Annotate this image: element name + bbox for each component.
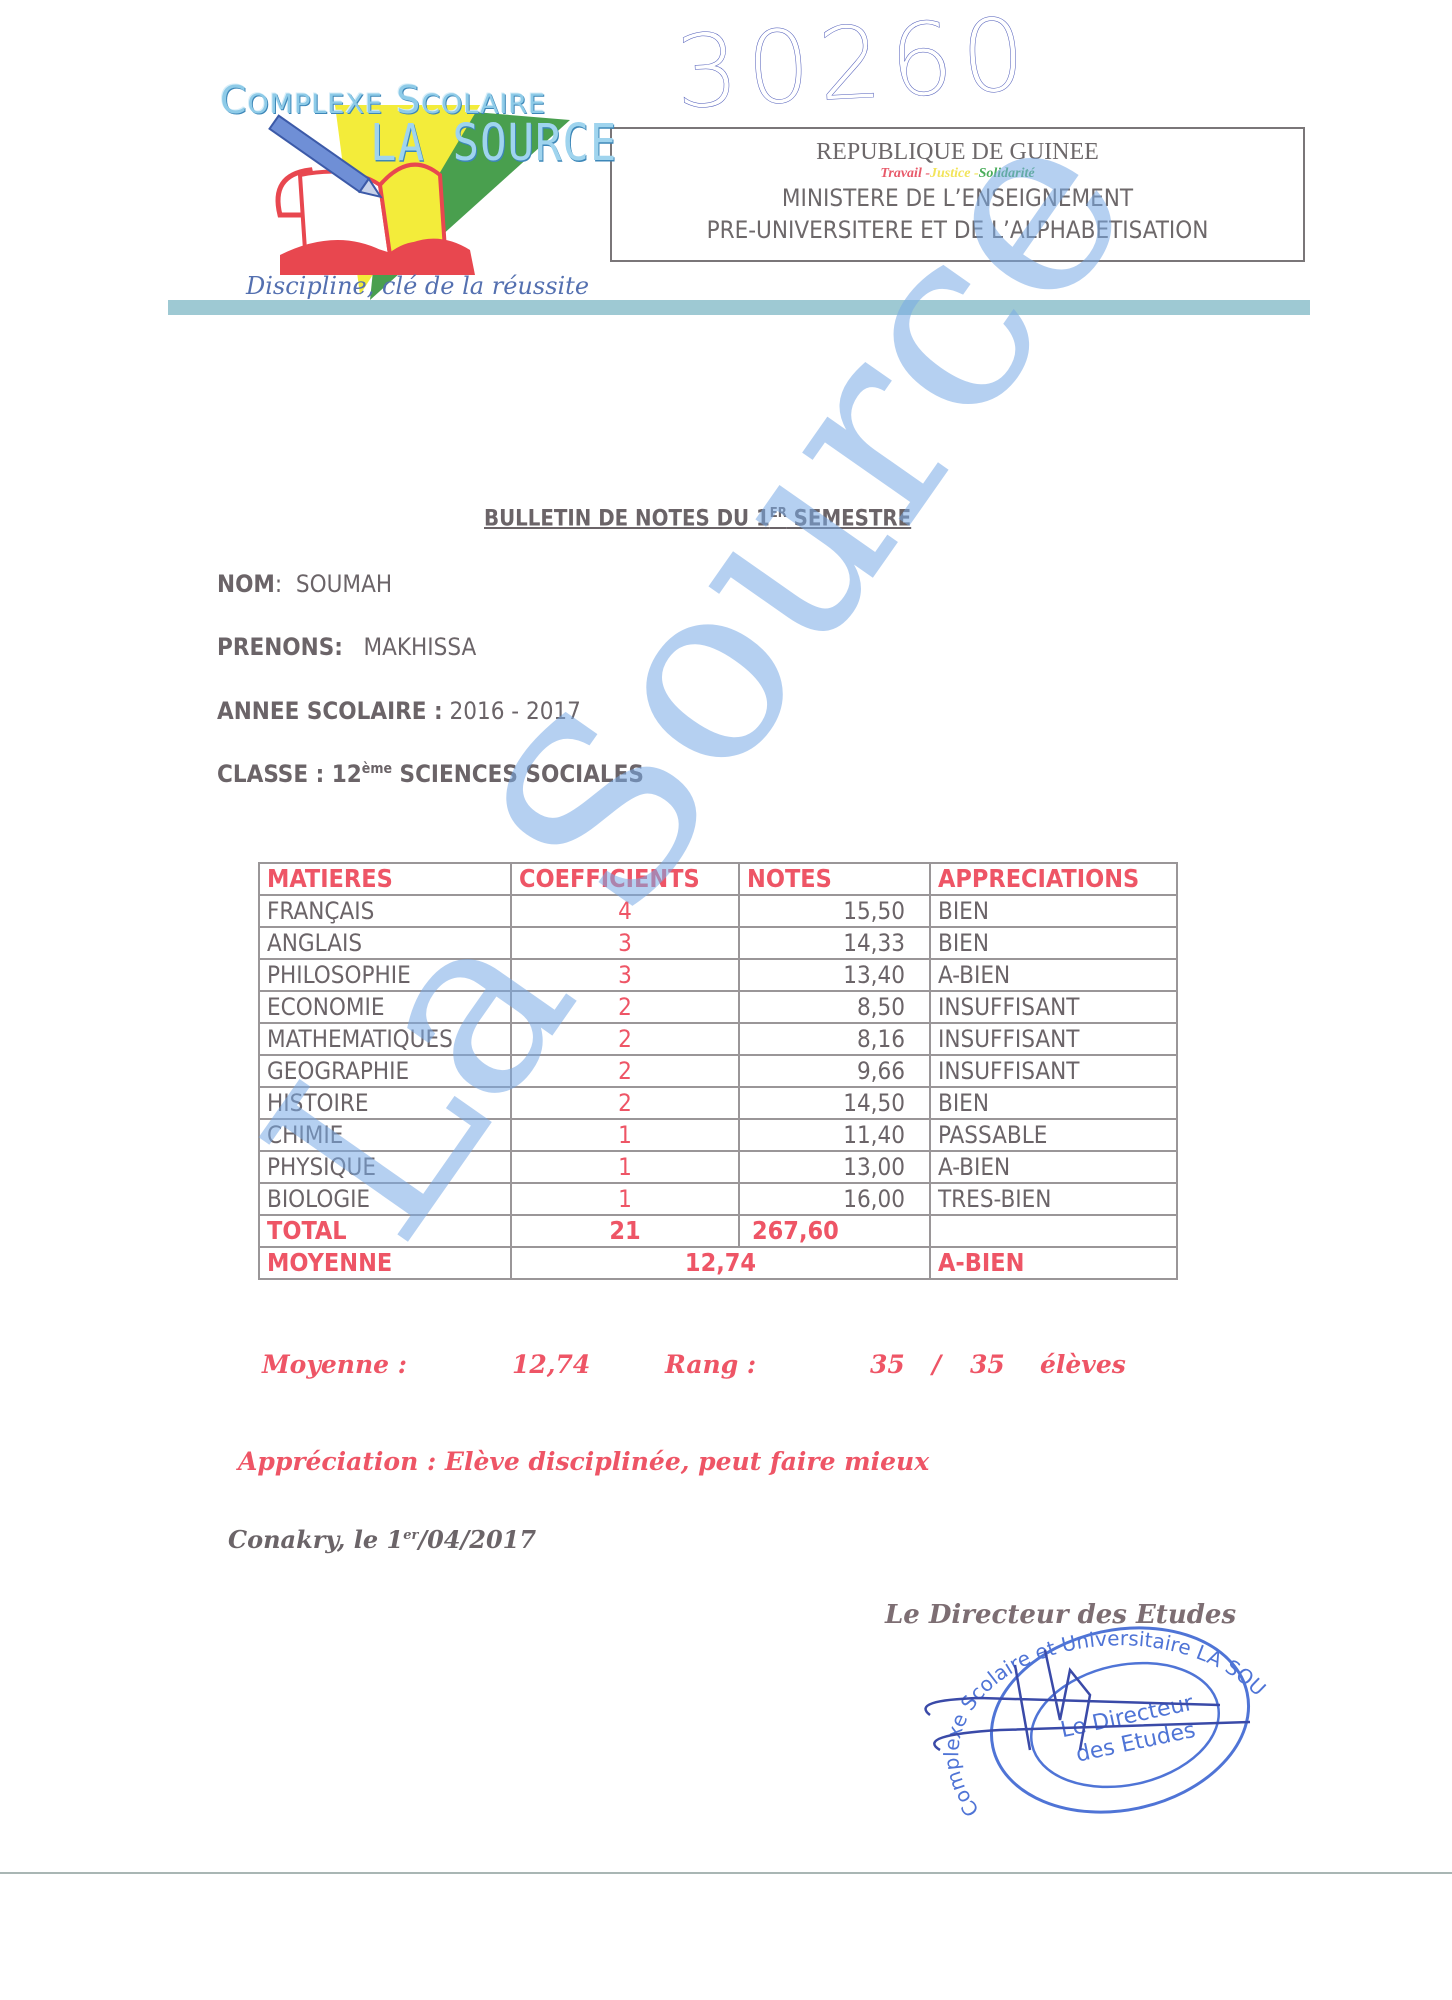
cell-appreciation: INSUFFISANT — [930, 1023, 1177, 1055]
page-bottom-rule — [0, 1872, 1452, 1874]
cell-matiere: MATHEMATIQUES — [259, 1023, 511, 1055]
official-stamp-icon: Complexe Scolaire et Universitaire LA SO… — [920, 1610, 1280, 1830]
table-row: CHIMIE111,40PASSABLE — [259, 1119, 1177, 1151]
date-line: Conakry, le 1er/04/2017 — [228, 1525, 536, 1554]
classe-sup: ème — [362, 761, 392, 777]
student-classe: CLASSE : 12ème SCIENCES SOCIALES — [217, 760, 644, 788]
summary-rang-label: Rang : — [665, 1350, 756, 1379]
cell-note: 13,40 — [739, 959, 930, 991]
cell-matiere: ECONOMIE — [259, 991, 511, 1023]
cell-coefficient: 1 — [511, 1183, 739, 1215]
national-motto: Travail -Justice -Solidarité — [612, 166, 1303, 182]
cell-appreciation: TRES-BIEN — [930, 1183, 1177, 1215]
summary-rang-unit: élèves — [1040, 1350, 1126, 1379]
nom-value: SOUMAH — [296, 570, 392, 598]
cell-appreciation: INSUFFISANT — [930, 1055, 1177, 1087]
prenoms-value: MAKHISSA — [363, 633, 476, 661]
cell-matiere: FRANÇAIS — [259, 895, 511, 927]
summary-rang-total: 35 — [970, 1350, 1005, 1379]
summary-rang-value: 35 — [870, 1350, 905, 1379]
summary-moyenne-label: Moyenne : — [262, 1350, 407, 1379]
header-appreciations: APPRECIATIONS — [930, 863, 1177, 895]
prenoms-label: PRENONS: — [217, 633, 343, 661]
motto-travail: Travail - — [880, 166, 930, 181]
motto-justice: Justice - — [930, 166, 979, 181]
title-prefix: BULLETIN DE NOTES DU 1 — [484, 506, 770, 531]
ministry-line-1: MINISTERE DE L’ENSEIGNEMENT — [612, 182, 1303, 214]
cell-appreciation: A-BIEN — [930, 1151, 1177, 1183]
student-nom: NOM: SOUMAH — [217, 570, 392, 598]
table-header-row: MATIERES COEFFICIENTS NOTES APPRECIATION… — [259, 863, 1177, 895]
header-matieres: MATIERES — [259, 863, 511, 895]
cell-note: 11,40 — [739, 1119, 930, 1151]
cell-note: 14,33 — [739, 927, 930, 959]
table-row: MATHEMATIQUES28,16INSUFFISANT — [259, 1023, 1177, 1055]
cell-matiere: GEOGRAPHIE — [259, 1055, 511, 1087]
cell-matiere: BIOLOGIE — [259, 1183, 511, 1215]
cell-coefficient: 2 — [511, 1023, 739, 1055]
appreciation-text: Elève disciplinée, peut faire mieux — [445, 1447, 929, 1476]
table-row: ECONOMIE28,50INSUFFISANT — [259, 991, 1177, 1023]
general-appreciation: Appréciation : Elève disciplinée, peut f… — [238, 1447, 929, 1476]
motto-solidarite: Solidarité — [979, 166, 1035, 181]
student-prenoms: PRENONS: MAKHISSA — [217, 633, 476, 661]
student-annee: ANNEE SCOLAIRE : 2016 - 2017 — [217, 697, 581, 725]
school-motto: Discipline, clé de la réussite — [246, 272, 589, 300]
cell-coefficient: 3 — [511, 927, 739, 959]
cell-appreciation: BIEN — [930, 927, 1177, 959]
classe-value: SCIENCES SOCIALES — [392, 760, 644, 788]
table-row: FRANÇAIS415,50BIEN — [259, 895, 1177, 927]
cell-coefficient: 2 — [511, 991, 739, 1023]
moyenne-row: MOYENNE12,74A-BIEN — [259, 1247, 1177, 1279]
total-label: TOTAL — [259, 1215, 511, 1247]
moyenne-appreciation: A-BIEN — [930, 1247, 1177, 1279]
annee-label: ANNEE SCOLAIRE : — [217, 697, 443, 725]
date-suffix: /04/2017 — [418, 1525, 536, 1554]
header-notes: NOTES — [739, 863, 930, 895]
school-name-sub: LA SOURCE — [370, 114, 617, 173]
table-row: HISTOIRE214,50BIEN — [259, 1087, 1177, 1119]
title-suffix: SEMESTRE — [787, 506, 911, 531]
cell-note: 14,50 — [739, 1087, 930, 1119]
cell-note: 8,16 — [739, 1023, 930, 1055]
cell-note: 13,00 — [739, 1151, 930, 1183]
grades-table: MATIERES COEFFICIENTS NOTES APPRECIATION… — [258, 862, 1178, 1280]
cell-appreciation: BIEN — [930, 895, 1177, 927]
cell-note: 8,50 — [739, 991, 930, 1023]
annee-value: 2016 - 2017 — [450, 697, 581, 725]
moyenne-value: 12,74 — [511, 1247, 930, 1279]
ministry-header-box: REPUBLIQUE DE GUINEE Travail -Justice -S… — [610, 127, 1305, 262]
cell-coefficient: 1 — [511, 1151, 739, 1183]
classe-label: CLASSE : 12 — [217, 760, 362, 788]
total-coefficient: 21 — [511, 1215, 739, 1247]
cell-appreciation: INSUFFISANT — [930, 991, 1177, 1023]
country-name: REPUBLIQUE DE GUINEE — [612, 139, 1303, 166]
cell-matiere: HISTOIRE — [259, 1087, 511, 1119]
cell-matiere: CHIMIE — [259, 1119, 511, 1151]
cell-matiere: PHYSIQUE — [259, 1151, 511, 1183]
total-note: 267,60 — [739, 1215, 930, 1247]
cell-note: 16,00 — [739, 1183, 930, 1215]
table-row: PHYSIQUE113,00A-BIEN — [259, 1151, 1177, 1183]
cell-coefficient: 1 — [511, 1119, 739, 1151]
title-sup: ER — [770, 506, 787, 521]
document-title: BULLETIN DE NOTES DU 1ER SEMESTRE — [484, 506, 911, 531]
cell-appreciation: A-BIEN — [930, 959, 1177, 991]
cell-coefficient: 3 — [511, 959, 739, 991]
nom-label: NOM — [217, 570, 275, 598]
cell-appreciation: BIEN — [930, 1087, 1177, 1119]
cell-note: 15,50 — [739, 895, 930, 927]
ministry-line-2: PRE-UNIVERSITERE ET DE L’ALPHABETISATION — [612, 214, 1303, 246]
moyenne-label: MOYENNE — [259, 1247, 511, 1279]
table-row: ANGLAIS314,33BIEN — [259, 927, 1177, 959]
summary-moyenne-value: 12,74 — [512, 1350, 590, 1379]
summary-rang-sep: / — [932, 1350, 941, 1379]
header-coefficients: COEFFICIENTS — [511, 863, 739, 895]
cell-matiere: ANGLAIS — [259, 927, 511, 959]
date-sup: er — [403, 1528, 418, 1543]
cell-appreciation: PASSABLE — [930, 1119, 1177, 1151]
handwritten-reference-number: 30260 — [672, 0, 1036, 131]
total-row: TOTAL21267,60 — [259, 1215, 1177, 1247]
table-row: PHILOSOPHIE313,40A-BIEN — [259, 959, 1177, 991]
cell-note: 9,66 — [739, 1055, 930, 1087]
total-appreciation — [930, 1215, 1177, 1247]
cell-coefficient: 2 — [511, 1055, 739, 1087]
cell-matiere: PHILOSOPHIE — [259, 959, 511, 991]
date-prefix: Conakry, le 1 — [228, 1525, 403, 1554]
table-row: GEOGRAPHIE29,66INSUFFISANT — [259, 1055, 1177, 1087]
cell-coefficient: 2 — [511, 1087, 739, 1119]
table-row: BIOLOGIE116,00TRES-BIEN — [259, 1183, 1177, 1215]
appreciation-label: Appréciation : — [238, 1447, 436, 1476]
cell-coefficient: 4 — [511, 895, 739, 927]
